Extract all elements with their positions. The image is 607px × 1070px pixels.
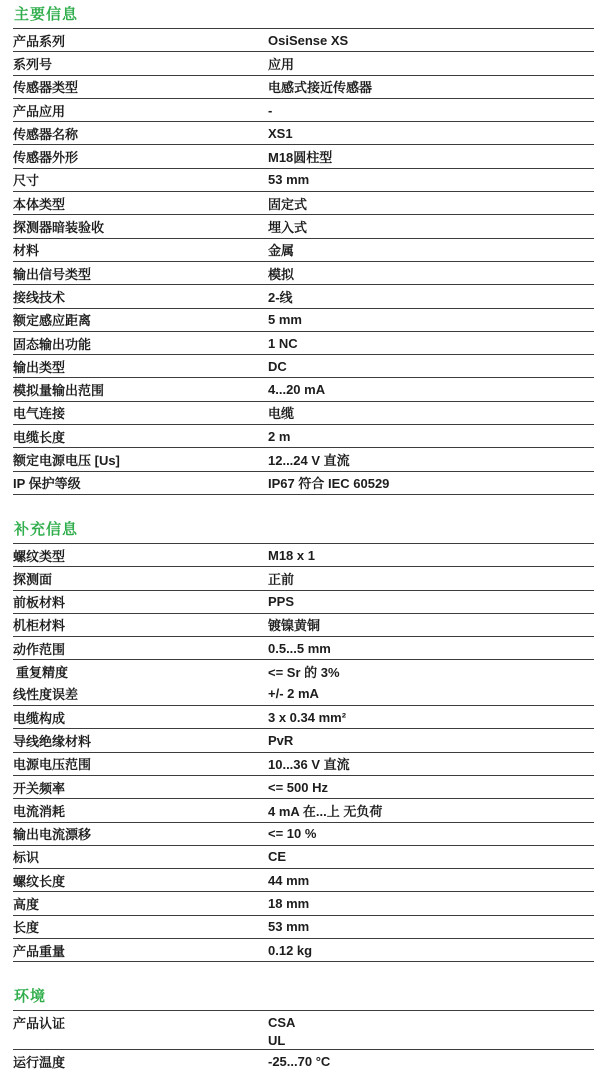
spec-row: 产品重量0.12 kg [13, 939, 594, 962]
spec-value: 模拟 [268, 264, 294, 283]
spec-value: -25...70 °C [268, 1054, 330, 1069]
spec-label: 额定感应距离 [13, 310, 268, 329]
spec-row-line: 线性度误差+/- 2 mA [13, 683, 594, 705]
spec-value: IP67 符合 IEC 60529 [268, 473, 389, 492]
spec-label: 系列号 [13, 54, 268, 73]
spec-row-line: 本体类型固定式 [13, 192, 594, 214]
spec-value: XS1 [268, 126, 293, 141]
spec-row: 电流消耗4 mA 在...上 无负荷 [13, 799, 594, 822]
spec-row: 接线技术2-线 [13, 285, 594, 308]
spec-row: 模拟量输出范围4...20 mA [13, 378, 594, 401]
spec-label: 额定电源电压 [Us] [13, 450, 268, 469]
spec-label: 机柜材料 [13, 615, 268, 634]
spec-row-line: 探测器暗装验收埋入式 [13, 215, 594, 237]
spec-value: M18 x 1 [268, 548, 315, 563]
spec-row: 额定电源电压 [Us]12...24 V 直流 [13, 448, 594, 471]
spec-row-line: 传感器外形M18圆柱型 [13, 145, 594, 167]
spec-row: 前板材料PPS [13, 591, 594, 614]
spec-row-line: 系列号应用 [13, 52, 594, 74]
spec-label: 导线绝缘材料 [13, 731, 268, 750]
spec-label: 传感器类型 [13, 77, 268, 96]
spec-row-line: 额定电源电压 [Us]12...24 V 直流 [13, 448, 594, 470]
spec-label: 接线技术 [13, 287, 268, 306]
spec-value: 电感式接近传感器 [268, 77, 372, 96]
spec-row: 传感器类型电感式接近传感器 [13, 76, 594, 99]
spec-row: 长度53 mm [13, 916, 594, 939]
spec-row-line: 螺纹类型M18 x 1 [13, 544, 594, 566]
spec-row: 传感器名称XS1 [13, 122, 594, 145]
spec-row: 产品认证CSAUL [13, 1011, 594, 1050]
spec-value: PPS [268, 594, 294, 609]
spec-label: 开关频率 [13, 778, 268, 797]
spec-table: 产品系列OsiSense XS系列号应用传感器类型电感式接近传感器产品应用-传感… [13, 28, 594, 495]
spec-table: 螺纹类型M18 x 1探测面正前前板材料PPS机柜材料镀镍黄铜动作范围0.5..… [13, 543, 594, 962]
spec-value: PvR [268, 733, 293, 748]
spec-row-line: 产品重量0.12 kg [13, 939, 594, 961]
spec-label: 传感器名称 [13, 124, 268, 143]
spec-label: 产品应用 [13, 101, 268, 120]
section-title: 主要信息 [13, 6, 594, 28]
spec-value: 应用 [268, 54, 294, 73]
spec-row-line: 电缆长度2 m [13, 425, 594, 447]
spec-row: 探测面正前 [13, 567, 594, 590]
spec-value: 2 m [268, 429, 290, 444]
spec-row-line: 传感器名称XS1 [13, 122, 594, 144]
spec-row: 探测器暗装验收埋入式 [13, 215, 594, 238]
spec-label: 输出类型 [13, 357, 268, 376]
spec-value: 5 mm [268, 312, 302, 327]
spec-row-line: 电缆构成3 x 0.34 mm² [13, 706, 594, 728]
spec-row-line: 重复精度<= Sr 的 3% [13, 660, 594, 682]
spec-label: 传感器外形 [13, 147, 268, 166]
spec-value: <= 10 % [268, 826, 316, 841]
spec-row: 螺纹长度44 mm [13, 869, 594, 892]
spec-row: 产品系列OsiSense XS [13, 29, 594, 52]
spec-row: 传感器外形M18圆柱型 [13, 145, 594, 168]
spec-row: 电气连接电缆 [13, 402, 594, 425]
spec-value: CE [268, 849, 286, 864]
spec-row: 开关频率<= 500 Hz [13, 776, 594, 799]
spec-value: - [268, 103, 272, 118]
spec-value: 正前 [268, 569, 294, 588]
spec-label: 动作范围 [13, 639, 268, 658]
spec-row-line: 电气连接电缆 [13, 402, 594, 424]
spec-value: 53 mm [268, 919, 309, 934]
spec-label: 电气连接 [13, 403, 268, 422]
spec-row: 系列号应用 [13, 52, 594, 75]
spec-label: 螺纹类型 [13, 546, 268, 565]
spec-row: 运行温度-25...70 °C [13, 1050, 594, 1070]
spec-value: 12...24 V 直流 [268, 450, 350, 469]
spec-label: IP 保护等级 [13, 473, 268, 492]
spec-row-line: 长度53 mm [13, 916, 594, 938]
spec-row-line: 输出类型DC [13, 355, 594, 377]
spec-label: 电缆长度 [13, 427, 268, 446]
spec-value: 3 x 0.34 mm² [268, 710, 346, 725]
spec-label: 产品认证 [13, 1013, 268, 1032]
spec-value: 4 mA 在...上 无负荷 [268, 801, 382, 820]
spec-label: 本体类型 [13, 194, 268, 213]
spec-value: 埋入式 [268, 217, 307, 236]
spec-label: 高度 [13, 894, 268, 913]
spec-row: 动作范围0.5...5 mm [13, 637, 594, 660]
spec-value: 固定式 [268, 194, 307, 213]
spec-label: 模拟量输出范围 [13, 380, 268, 399]
spec-label: 电源电压范围 [13, 754, 268, 773]
spec-row-line: 电流消耗4 mA 在...上 无负荷 [13, 799, 594, 821]
spec-row: 材料金属 [13, 239, 594, 262]
spec-row: 电源电压范围10...36 V 直流 [13, 753, 594, 776]
spec-row: 额定感应距离5 mm [13, 309, 594, 332]
spec-row: 尺寸53 mm [13, 169, 594, 192]
spec-row-line: 产品系列OsiSense XS [13, 29, 594, 51]
spec-row: 输出电流漂移<= 10 % [13, 823, 594, 846]
spec-row-line: 产品应用- [13, 99, 594, 121]
spec-row-line: 材料金属 [13, 239, 594, 261]
spec-value: 2-线 [268, 287, 293, 306]
spec-value: 电缆 [268, 403, 294, 422]
spec-value: OsiSense XS [268, 33, 348, 48]
spec-label: 材料 [13, 240, 268, 259]
spec-label: 产品重量 [13, 941, 268, 960]
spec-row: 产品应用- [13, 99, 594, 122]
spec-row-line: 开关频率<= 500 Hz [13, 776, 594, 798]
spec-value: 金属 [268, 240, 294, 259]
section-main-info: 主要信息 产品系列OsiSense XS系列号应用传感器类型电感式接近传感器产品… [13, 6, 594, 495]
spec-label: 输出电流漂移 [13, 824, 268, 843]
spec-label: 重复精度 [13, 662, 268, 681]
spec-label: 线性度误差 [13, 684, 268, 703]
section-environment: 环境 产品认证CSAUL运行温度-25...70 °C [13, 988, 594, 1070]
spec-value: 18 mm [268, 896, 309, 911]
spec-label: 长度 [13, 917, 268, 936]
spec-row-line: 传感器类型电感式接近传感器 [13, 76, 594, 98]
spec-value: 44 mm [268, 873, 309, 888]
spec-row-line: 模拟量输出范围4...20 mA [13, 378, 594, 400]
spec-row-line: 产品认证CSA [13, 1011, 594, 1031]
spec-row: 电缆构成3 x 0.34 mm² [13, 706, 594, 729]
spec-row: 输出信号类型模拟 [13, 262, 594, 285]
spec-label: 螺纹长度 [13, 871, 268, 890]
spec-row-line: 螺纹长度44 mm [13, 869, 594, 891]
spec-row-line: 动作范围0.5...5 mm [13, 637, 594, 659]
spec-row-line: 探测面正前 [13, 567, 594, 589]
spec-row: 本体类型固定式 [13, 192, 594, 215]
spec-row: 导线绝缘材料PvR [13, 729, 594, 752]
spec-row-line: 额定感应距离5 mm [13, 309, 594, 331]
section-supplementary-info: 补充信息 螺纹类型M18 x 1探测面正前前板材料PPS机柜材料镀镍黄铜动作范围… [13, 521, 594, 962]
spec-label: 电缆构成 [13, 708, 268, 727]
spec-row-line: 输出信号类型模拟 [13, 262, 594, 284]
spec-label: 探测器暗装验收 [13, 217, 268, 236]
spec-row-line: 高度18 mm [13, 892, 594, 914]
spec-row-line: 固态输出功能1 NC [13, 332, 594, 354]
section-title: 环境 [13, 988, 594, 1010]
spec-value: 4...20 mA [268, 382, 325, 397]
spec-label: 标识 [13, 847, 268, 866]
spec-value: 0.12 kg [268, 943, 312, 958]
spec-value: M18圆柱型 [268, 147, 332, 166]
spec-row: 输出类型DC [13, 355, 594, 378]
spec-value: +/- 2 mA [268, 686, 319, 701]
spec-row: 标识CE [13, 846, 594, 869]
spec-row-line: IP 保护等级IP67 符合 IEC 60529 [13, 472, 594, 494]
spec-label: 探测面 [13, 569, 268, 588]
spec-label: 产品系列 [13, 31, 268, 50]
spec-row-line: 运行温度-25...70 °C [13, 1050, 594, 1070]
section-title: 补充信息 [13, 521, 594, 543]
spec-value: DC [268, 359, 287, 374]
spec-label: 前板材料 [13, 592, 268, 611]
spec-row-line: 导线绝缘材料PvR [13, 729, 594, 751]
spec-row: 机柜材料镀镍黄铜 [13, 614, 594, 637]
spec-row-line: UL [13, 1031, 594, 1049]
spec-table: 产品认证CSAUL运行温度-25...70 °C [13, 1010, 594, 1070]
spec-value: <= 500 Hz [268, 780, 328, 795]
spec-row-line: 尺寸53 mm [13, 169, 594, 191]
spec-value: 0.5...5 mm [268, 641, 331, 656]
spec-row: 电缆长度2 m [13, 425, 594, 448]
spec-row-line: 前板材料PPS [13, 591, 594, 613]
spec-value: 10...36 V 直流 [268, 754, 350, 773]
spec-row-line: 机柜材料镀镍黄铜 [13, 614, 594, 636]
spec-value: 53 mm [268, 172, 309, 187]
spec-row: 螺纹类型M18 x 1 [13, 544, 594, 567]
spec-row-line: 接线技术2-线 [13, 285, 594, 307]
spec-row: 固态输出功能1 NC [13, 332, 594, 355]
spec-label: 尺寸 [13, 170, 268, 189]
spec-label: 电流消耗 [13, 801, 268, 820]
spec-value: <= Sr 的 3% [268, 662, 340, 681]
spec-value: CSA [268, 1015, 295, 1030]
spec-value: 1 NC [268, 336, 298, 351]
spec-label: 固态输出功能 [13, 334, 268, 353]
spec-label: 运行温度 [13, 1052, 268, 1070]
spec-value: UL [268, 1033, 285, 1048]
spec-row-line: 电源电压范围10...36 V 直流 [13, 753, 594, 775]
spec-label: 输出信号类型 [13, 264, 268, 283]
spec-row: 高度18 mm [13, 892, 594, 915]
spec-row-line: 标识CE [13, 846, 594, 868]
datasheet-page: 主要信息 产品系列OsiSense XS系列号应用传感器类型电感式接近传感器产品… [0, 0, 607, 1070]
spec-row: IP 保护等级IP67 符合 IEC 60529 [13, 472, 594, 495]
spec-row-line: 输出电流漂移<= 10 % [13, 823, 594, 845]
spec-value: 镀镍黄铜 [268, 615, 320, 634]
spec-row: 重复精度<= Sr 的 3%线性度误差+/- 2 mA [13, 660, 594, 706]
